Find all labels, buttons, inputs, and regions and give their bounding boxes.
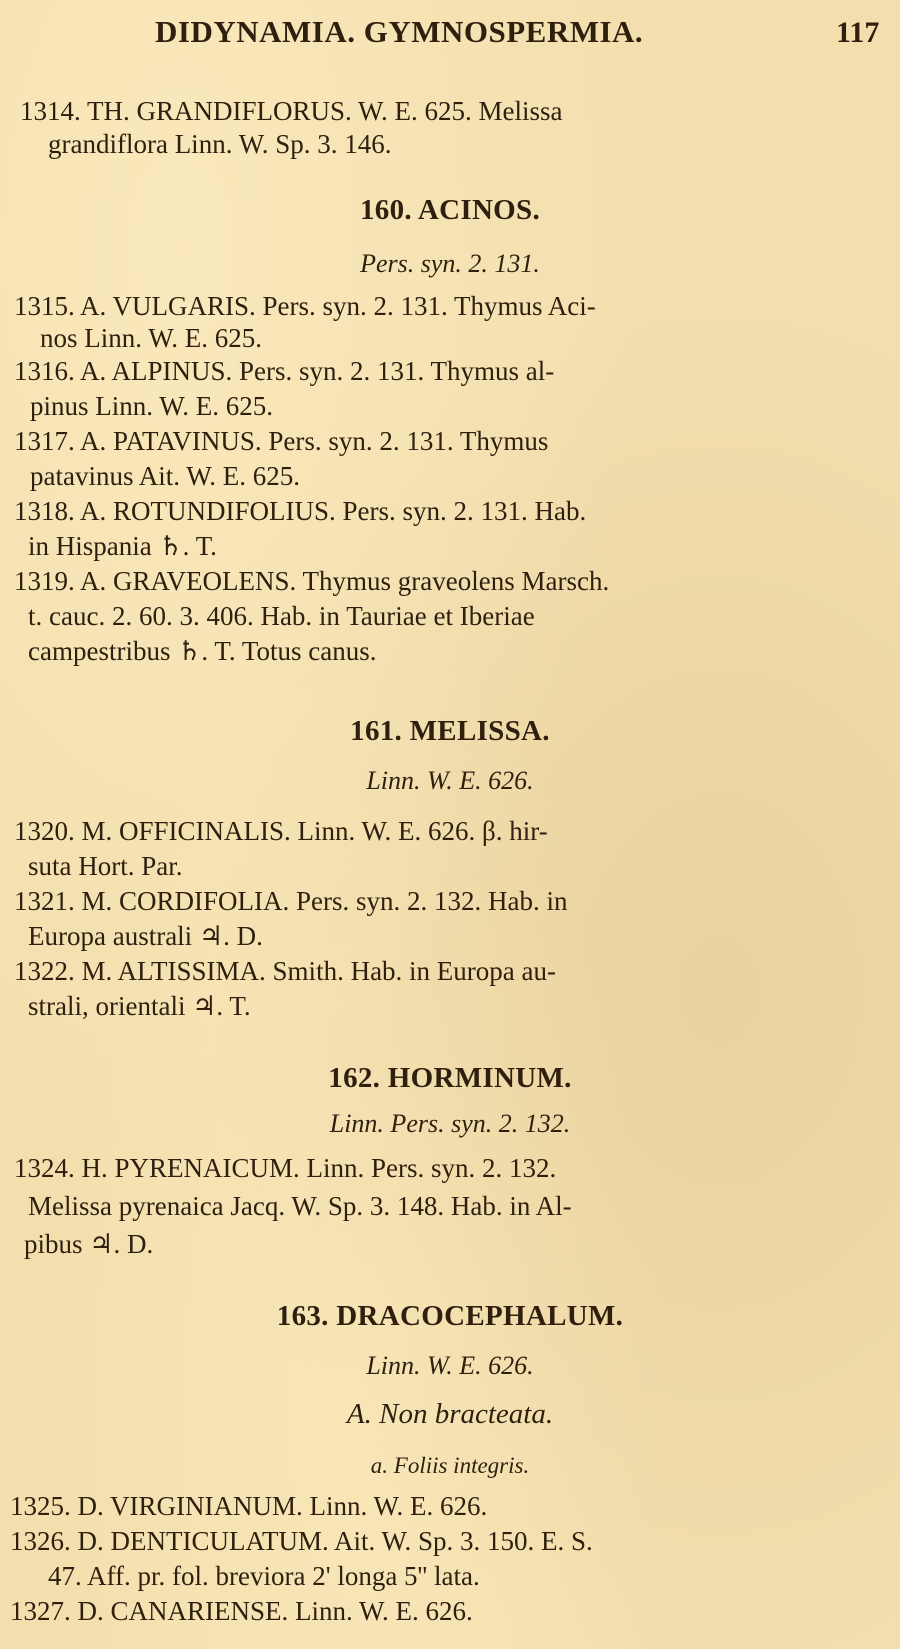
entry-1318-line-2: in Hispania ♄. T.	[28, 530, 217, 562]
entry-1321-line-1: 1321. M. CORDIFOLIA. Pers. syn. 2. 132. …	[14, 885, 568, 917]
page-number: 117	[836, 16, 879, 50]
entry-1319-line-3: campestribus ♄. T. Totus canus.	[28, 635, 377, 667]
entry-1322-line-2: strali, orientali ♃. T.	[28, 990, 251, 1022]
entry-1320-line-2: suta Hort. Par.	[28, 850, 183, 882]
running-head: DIDYNAMIA. GYMNOSPERMIA. 117	[0, 14, 900, 54]
entry-1314-line-1: 1314. TH. GRANDIFLORUS. W. E. 625. Melis…	[20, 95, 563, 127]
entry-1319-line-2: t. cauc. 2. 60. 3. 406. Hab. in Tauriae …	[28, 600, 535, 632]
genus-reference-dracocephalum: Linn. W. E. 626.	[0, 1350, 900, 1382]
entry-1320-line-1: 1320. M. OFFICINALIS. Linn. W. E. 626. β…	[14, 815, 548, 847]
genus-heading-dracocephalum: 163. DRACOCEPHALUM.	[0, 1300, 900, 1332]
book-page: DIDYNAMIA. GYMNOSPERMIA. 117 1314. TH. G…	[0, 0, 900, 1649]
entry-1316-line-2: pinus Linn. W. E. 625.	[30, 390, 273, 422]
genus-heading-acinos: 160. ACINOS.	[0, 194, 900, 226]
genus-reference-acinos: Pers. syn. 2. 131.	[0, 248, 900, 280]
entry-1326-line-1: 1326. D. DENTICULATUM. Ait. W. Sp. 3. 15…	[10, 1525, 593, 1557]
entry-1327-line-1: 1327. D. CANARIENSE. Linn. W. E. 626.	[10, 1595, 473, 1627]
genus-heading-melissa: 161. MELISSA.	[0, 715, 900, 747]
genus-reference-horminum: Linn. Pers. syn. 2. 132.	[0, 1108, 900, 1140]
entry-1325-line-1: 1325. D. VIRGINIANUM. Linn. W. E. 626.	[10, 1490, 487, 1522]
entry-1322-line-1: 1322. M. ALTISSIMA. Smith. Hab. in Europ…	[14, 955, 556, 987]
entry-1319-line-1: 1319. A. GRAVEOLENS. Thymus graveolens M…	[14, 565, 609, 597]
entry-1316-line-1: 1316. A. ALPINUS. Pers. syn. 2. 131. Thy…	[14, 355, 554, 387]
entry-1324-line-3: pibus ♃. D.	[24, 1228, 153, 1260]
entry-1324-line-2: Melissa pyrenaica Jacq. W. Sp. 3. 148. H…	[28, 1190, 572, 1222]
entry-1315-line-2: nos Linn. W. E. 625.	[40, 322, 262, 354]
entry-1314-line-2: grandiflora Linn. W. Sp. 3. 146.	[48, 128, 391, 160]
section-heading-non-bracteata: A. Non bracteata.	[0, 1398, 900, 1430]
entry-1318-line-1: 1318. A. ROTUNDIFOLIUS. Pers. syn. 2. 13…	[14, 495, 586, 527]
entry-1324-line-1: 1324. H. PYRENAICUM. Linn. Pers. syn. 2.…	[14, 1152, 556, 1184]
entry-1321-line-2: Europa australi ♃. D.	[28, 920, 263, 952]
running-title: DIDYNAMIA. GYMNOSPERMIA.	[155, 14, 643, 50]
entry-1315-line-1: 1315. A. VULGARIS. Pers. syn. 2. 131. Th…	[14, 290, 596, 322]
genus-reference-melissa: Linn. W. E. 626.	[0, 765, 900, 797]
subsection-heading-foliis-integris: a. Foliis integris.	[0, 1450, 900, 1482]
entry-1326-line-2: 47. Aff. pr. fol. breviora 2' longa 5'' …	[48, 1560, 480, 1592]
genus-heading-horminum: 162. HORMINUM.	[0, 1062, 900, 1094]
entry-1317-line-1: 1317. A. PATAVINUS. Pers. syn. 2. 131. T…	[14, 425, 548, 457]
entry-1317-line-2: patavinus Ait. W. E. 625.	[30, 460, 300, 492]
